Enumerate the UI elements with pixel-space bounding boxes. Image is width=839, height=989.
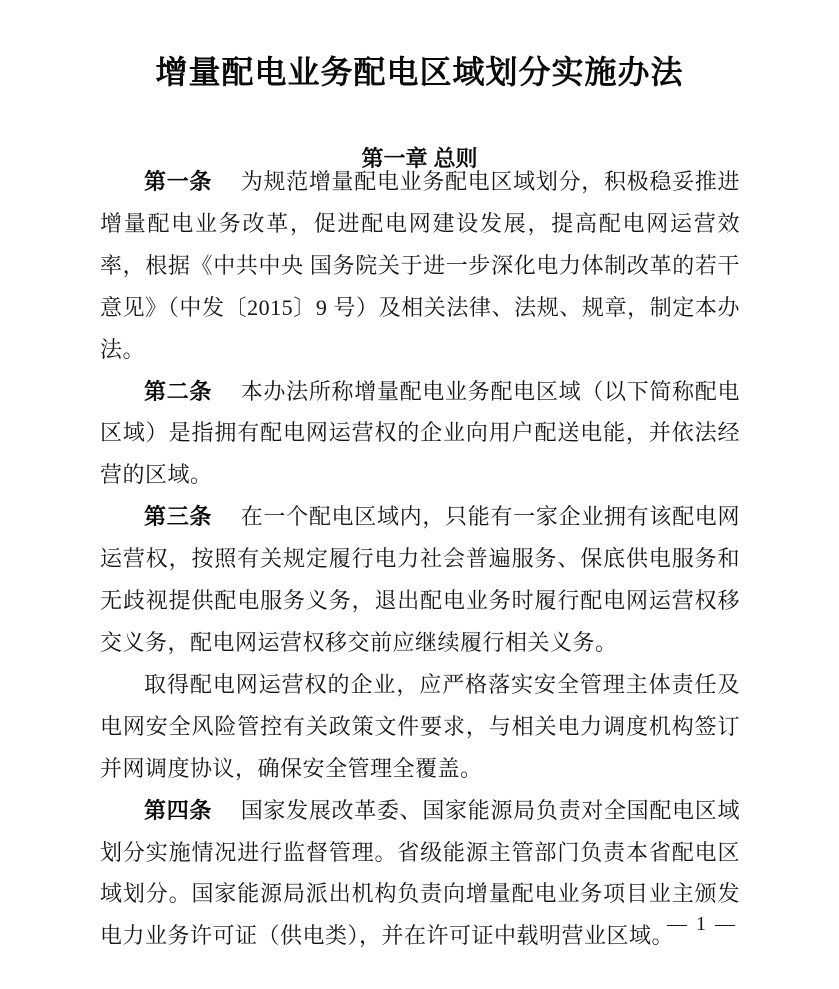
paragraph-safety-text: 取得配电网运营权的企业，应严格落实安全管理主体责任及电网安全风险管控有关政策文件… bbox=[100, 672, 740, 781]
paragraph-article-3: 第三条在一个配电区域内，只能有一家企业拥有该配电网运营权，按照有关规定履行电力社… bbox=[100, 496, 740, 664]
article-4-label: 第四条 bbox=[144, 798, 212, 823]
article-3-label: 第三条 bbox=[144, 504, 212, 529]
paragraph-safety: 取得配电网运营权的企业，应严格落实安全管理主体责任及电网安全风险管控有关政策文件… bbox=[100, 664, 740, 790]
page-number: — 1 — bbox=[100, 910, 737, 938]
document-body: 第一条为规范增量配电业务配电区域划分，积极稳妥推进增量配电业务改革，促进配电网建… bbox=[100, 161, 740, 957]
article-1-text: 为规范增量配电业务配电区域划分，积极稳妥推进增量配电业务改革，促进配电网建设发展… bbox=[100, 169, 740, 362]
paragraph-article-2: 第二条本办法所称增量配电业务配电区域（以下简称配电区域）是指拥有配电网运营权的企… bbox=[100, 371, 740, 497]
document-title: 增量配电业务配电区域划分实施办法 bbox=[0, 53, 839, 91]
article-2-label: 第二条 bbox=[144, 379, 212, 404]
document-page: 增量配电业务配电区域划分实施办法 第一章 总则 第一条为规范增量配电业务配电区域… bbox=[0, 0, 839, 989]
article-1-label: 第一条 bbox=[144, 169, 212, 194]
paragraph-article-1: 第一条为规范增量配电业务配电区域划分，积极稳妥推进增量配电业务改革，促进配电网建… bbox=[100, 161, 740, 371]
